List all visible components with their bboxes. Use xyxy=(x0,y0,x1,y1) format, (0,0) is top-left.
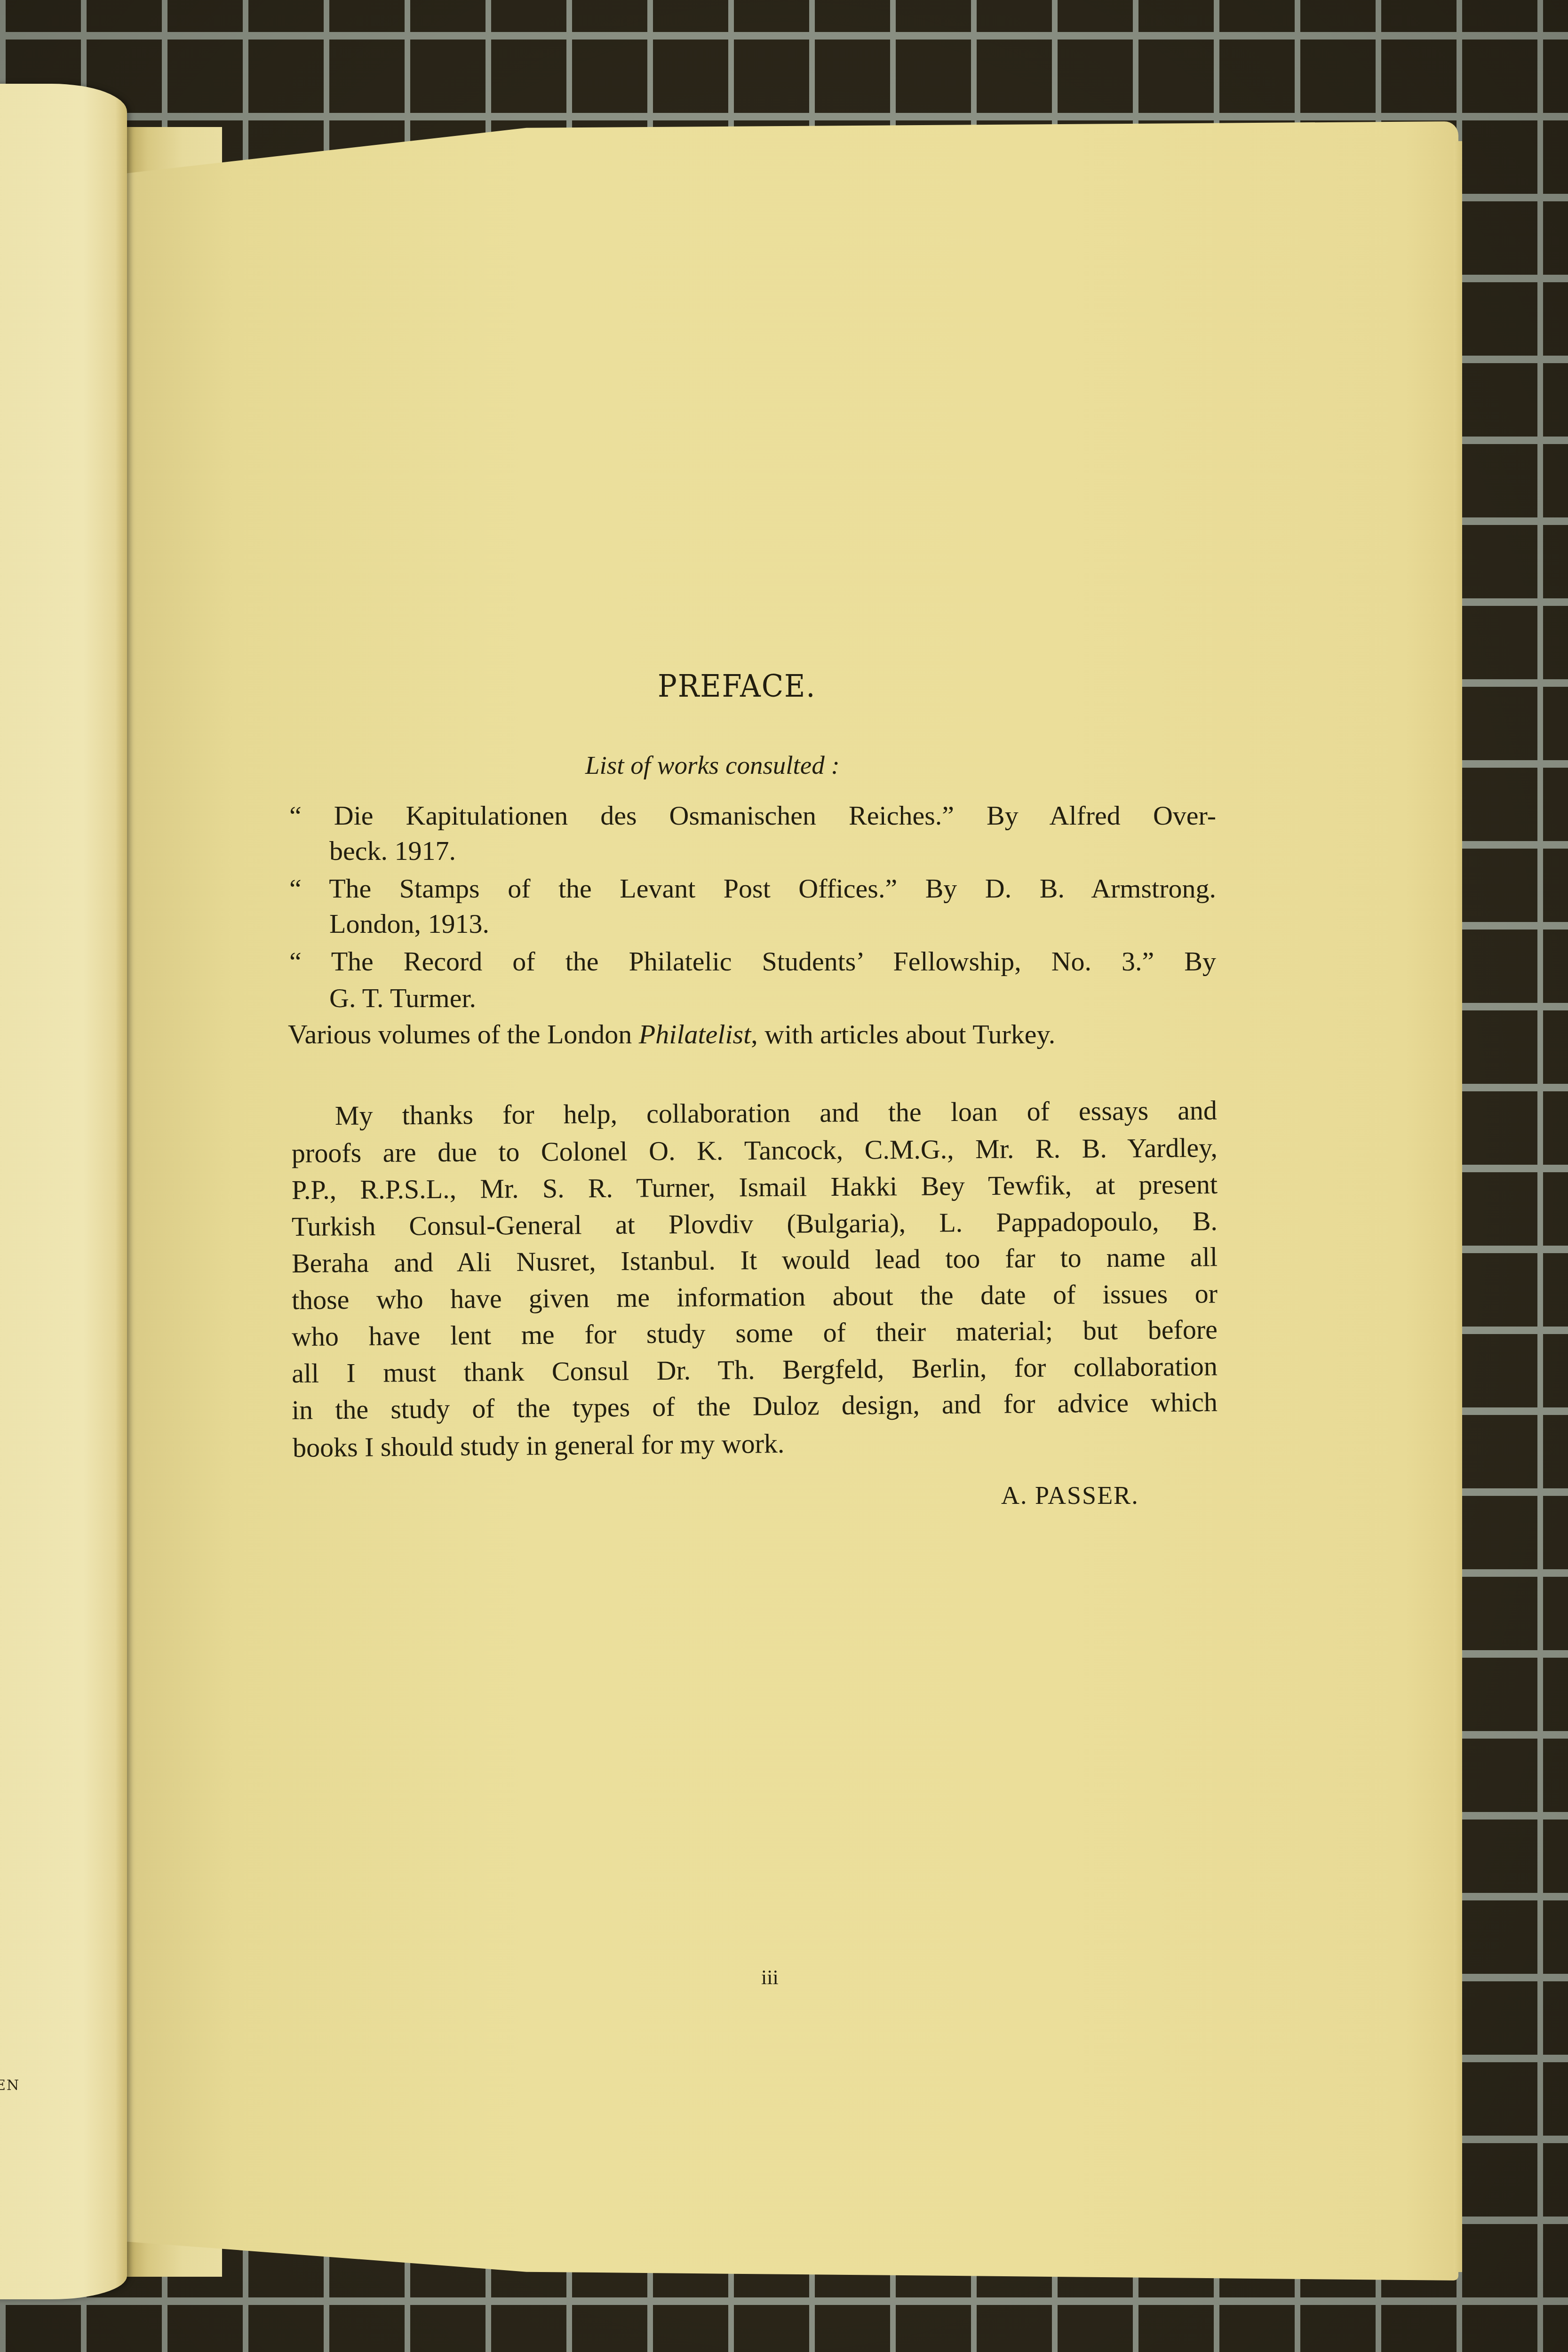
acknowledgement-line-10: books I should study in general for my w… xyxy=(293,1428,785,1463)
acknowledgement-line-2: proofs are due to Colonel O. K. Tancock,… xyxy=(292,1132,1218,1169)
page-number: iii xyxy=(761,1965,779,1989)
work-item-4-text-after: , with articles about Turkey. xyxy=(751,1019,1055,1049)
left-page-running-text: EN xyxy=(0,2077,20,2094)
work-item-1-line-1: “ Die Kapitulationen des Osmanischen Rei… xyxy=(289,800,1216,831)
work-item-3-line-2: G. T. Turmer. xyxy=(329,982,476,1014)
left-page: EN xyxy=(0,84,127,2299)
work-item-4-text-before: Various volumes of the London xyxy=(288,1019,639,1049)
acknowledgement-line-4: Turkish Consul-General at Plovdiv (Bulga… xyxy=(292,1205,1218,1242)
acknowledgement-line-1: My thanks for help, collaboration and th… xyxy=(335,1095,1217,1131)
work-item-2-line-2: London, 1913. xyxy=(329,908,489,939)
work-item-1-line-2: beck. 1917. xyxy=(329,835,456,866)
works-consulted-heading: List of works consulted : xyxy=(585,750,840,780)
acknowledgement-line-3: P.P., R.P.S.L., Mr. S. R. Turner, Ismail… xyxy=(292,1168,1218,1206)
work-item-2-line-1: “ The Stamps of the Levant Post Offices.… xyxy=(289,873,1216,904)
work-item-4-italic-title: Philatelist xyxy=(639,1019,751,1049)
author-signature: A. PASSER. xyxy=(1001,1481,1139,1510)
page-edge xyxy=(1454,141,1462,2272)
work-item-4: Various volumes of the London Philatelis… xyxy=(288,1018,1055,1050)
acknowledgement-line-6: those who have given me information abou… xyxy=(292,1278,1218,1316)
work-item-3-line-1: “ The Record of the Philatelic Students’… xyxy=(289,946,1216,977)
acknowledgement-line-5: Beraha and Ali Nusret, Istanbul. It woul… xyxy=(292,1241,1218,1279)
page-title: PREFACE. xyxy=(658,668,816,704)
